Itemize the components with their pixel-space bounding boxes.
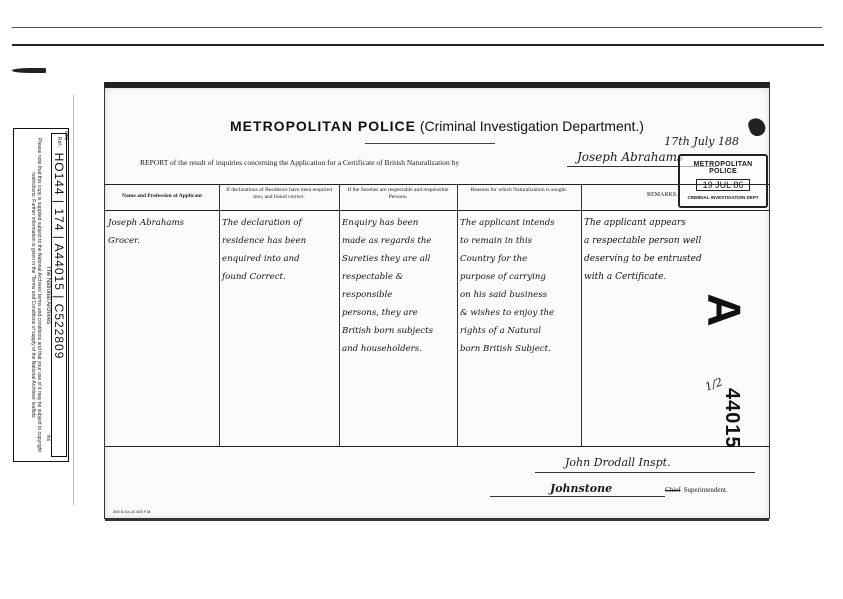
stamp-top: METROPOLITAN POLICE xyxy=(680,161,766,175)
report-line: REPORT of the result of inquiries concer… xyxy=(140,158,459,167)
applicant-name-handwritten: Joseph Abrahams xyxy=(577,150,683,164)
column-applicant: Name and Profession of Applicant Joseph … xyxy=(105,184,220,446)
form-title: METROPOLITAN POLICE (Criminal Investigat… xyxy=(105,118,769,134)
archive-title: The National Archives xyxy=(45,129,51,461)
column-header: If the Sureties are respectable and resp… xyxy=(341,187,455,200)
column-header: Name and Profession of Applicant xyxy=(107,193,217,200)
column-sureties: If the Sureties are respectable and resp… xyxy=(339,184,458,446)
inspector-signature: John Drodall Inspt. xyxy=(565,456,671,469)
superintendent-title: ChiefSuperintendent. xyxy=(665,486,728,494)
ref-label: Ref.: xyxy=(56,137,62,148)
signature-rule xyxy=(535,472,755,473)
scan-smudge xyxy=(12,68,46,73)
file-number: 44015 xyxy=(720,388,743,449)
superintendent-signature: Johnstone xyxy=(550,482,612,495)
form-title-main: METROPOLITAN POLICE xyxy=(230,118,416,134)
column-header: Reasons for which Naturalization is soug… xyxy=(459,187,579,194)
reference-box: Ref.: HO144 | 174 | A44015 | C522809 xyxy=(51,133,67,457)
column-header: If declarations of Residence have been e… xyxy=(221,187,337,200)
column-content: Joseph Abrahams Grocer. xyxy=(108,214,217,250)
ref-value: HO144 | 174 | A44015 | C522809 xyxy=(52,153,66,360)
form-print-code: 300 8 Oa 24 400 F.M. xyxy=(113,509,151,514)
form-bottom-edge xyxy=(105,518,769,521)
national-archives-label: cms Ref.: HO144 | 174 | A44015 | C522809… xyxy=(13,128,69,462)
column-content: The declaration of residence has been en… xyxy=(222,214,337,286)
signature-rule xyxy=(490,496,665,497)
report-table: Name and Profession of Applicant Joseph … xyxy=(105,184,769,446)
scan-fold-line xyxy=(73,95,74,505)
column-content: The applicant appears a respectable pers… xyxy=(584,214,767,286)
report-date: 17th July 188 xyxy=(664,135,739,148)
ins-label: ins xyxy=(45,435,51,441)
struck-word: Chief xyxy=(665,486,681,494)
scan-edge-line xyxy=(12,27,822,28)
title-rule xyxy=(365,143,495,144)
form-title-sub: (Criminal Investigation Department.) xyxy=(420,118,644,134)
column-reasons: Reasons for which Naturalization is soug… xyxy=(457,184,582,446)
column-header: REMARKS. xyxy=(647,192,678,198)
archive-notice: Please note that this copy is supplied s… xyxy=(30,137,42,453)
file-letter: A xyxy=(698,293,752,326)
scan-edge-line xyxy=(12,44,824,46)
column-content: Enquiry has been made as regards the Sur… xyxy=(342,214,455,358)
table-rule xyxy=(105,446,769,447)
police-report-form: METROPOLITAN POLICE (Criminal Investigat… xyxy=(104,82,770,519)
column-residence: If declarations of Residence have been e… xyxy=(219,184,340,446)
column-content: The applicant intends to remain in this … xyxy=(460,214,579,358)
superintendent-label: Superintendent. xyxy=(684,486,728,494)
